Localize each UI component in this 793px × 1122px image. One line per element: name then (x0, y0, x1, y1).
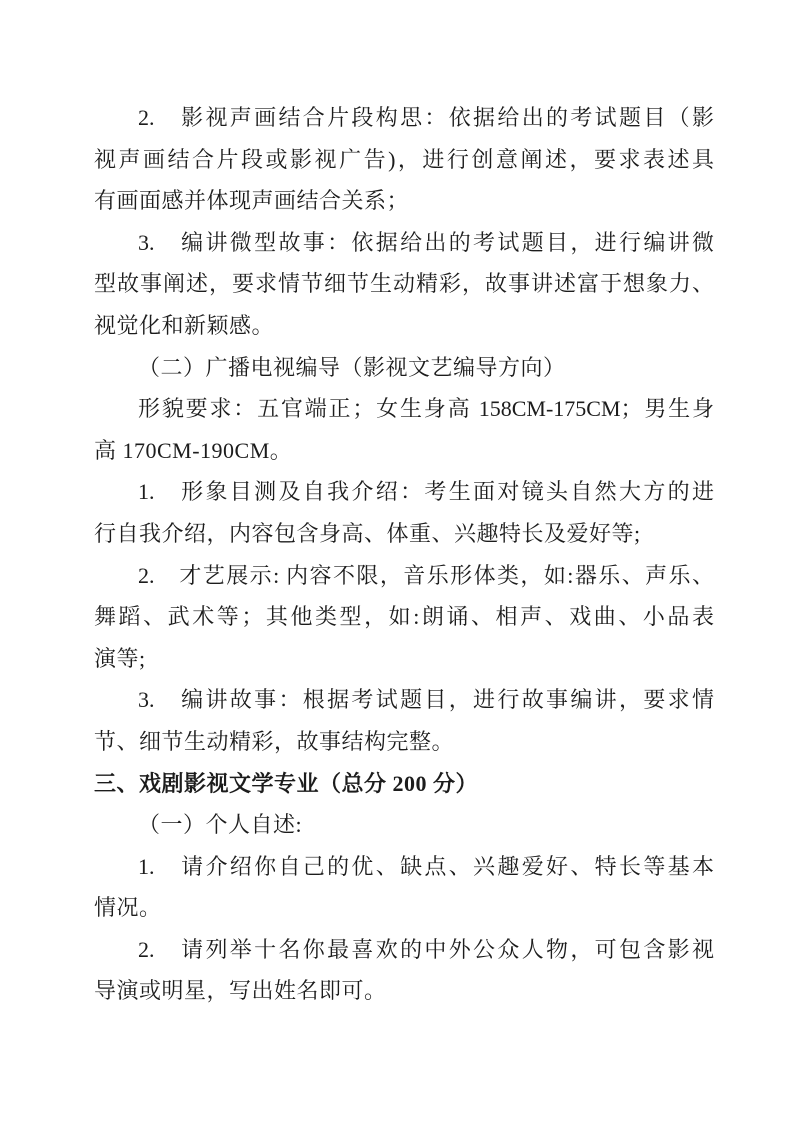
paragraph: 2. 才艺展示: 内容不限，音乐形体类，如:器乐、声乐、舞蹈、武术等；其他类型，… (94, 555, 714, 680)
paragraph: 形貌要求：五官端正；女生身高 158CM-175CM；男生身高 170CM-19… (94, 388, 714, 471)
text-line: 导演或明星，写出姓名即可。 (94, 970, 714, 1012)
text-line: 演等; (94, 638, 714, 680)
text-line: 3. 编讲微型故事：依据给出的考试题目，进行编讲微 (94, 222, 714, 264)
text-line: 形貌要求：五官端正；女生身高 158CM-175CM；男生身 (94, 388, 714, 430)
text-line: （二）广播电视编导（影视文艺编导方向） (94, 347, 714, 389)
text-line: 情况。 (94, 887, 714, 929)
text-line: 2. 影视声画结合片段构思：依据给出的考试题目（影 (94, 97, 714, 139)
text-line: 3. 编讲故事：根据考试题目，进行故事编讲，要求情 (94, 679, 714, 721)
text-line: 1. 形象目测及自我介绍：考生面对镜头自然大方的进 (94, 471, 714, 513)
paragraph: 2. 请列举十名你最喜欢的中外公众人物，可包含影视导演或明星，写出姓名即可。 (94, 929, 714, 1012)
text-line: 高 170CM-190CM。 (94, 430, 714, 472)
section-heading: 三、戏剧影视文学专业（总分 200 分） (94, 763, 714, 805)
text-line: 视觉化和新颖感。 (94, 305, 714, 347)
paragraph: 3. 编讲微型故事：依据给出的考试题目，进行编讲微型故事阐述，要求情节细节生动精… (94, 222, 714, 347)
text-line: 三、戏剧影视文学专业（总分 200 分） (94, 763, 714, 805)
paragraph: （二）广播电视编导（影视文艺编导方向） (94, 347, 714, 389)
text-line: 舞蹈、武术等；其他类型，如:朗诵、相声、戏曲、小品表 (94, 596, 714, 638)
text-line: （一）个人自述: (94, 804, 714, 846)
paragraph: 3. 编讲故事：根据考试题目，进行故事编讲，要求情节、细节生动精彩，故事结构完整… (94, 679, 714, 762)
paragraph: 1. 请介绍你自己的优、缺点、兴趣爱好、特长等基本情况。 (94, 846, 714, 929)
paragraph: 2. 影视声画结合片段构思：依据给出的考试题目（影视声画结合片段或影视广告)，进… (94, 97, 714, 222)
text-line: 2. 才艺展示: 内容不限，音乐形体类，如:器乐、声乐、 (94, 555, 714, 597)
document-page: 2. 影视声画结合片段构思：依据给出的考试题目（影视声画结合片段或影视广告)，进… (0, 0, 793, 1122)
text-line: 节、细节生动精彩，故事结构完整。 (94, 721, 714, 763)
text-line: 行自我介绍，内容包含身高、体重、兴趣特长及爱好等; (94, 513, 714, 555)
text-line: 视声画结合片段或影视广告)，进行创意阐述，要求表述具 (94, 139, 714, 181)
document-body: 2. 影视声画结合片段构思：依据给出的考试题目（影视声画结合片段或影视广告)，进… (94, 97, 714, 1012)
paragraph: （一）个人自述: (94, 804, 714, 846)
paragraph: 1. 形象目测及自我介绍：考生面对镜头自然大方的进行自我介绍，内容包含身高、体重… (94, 471, 714, 554)
text-line: 有画面感并体现声画结合关系； (94, 180, 714, 222)
text-line: 2. 请列举十名你最喜欢的中外公众人物，可包含影视 (94, 929, 714, 971)
text-line: 1. 请介绍你自己的优、缺点、兴趣爱好、特长等基本 (94, 846, 714, 888)
text-line: 型故事阐述，要求情节细节生动精彩，故事讲述富于想象力、 (94, 263, 714, 305)
